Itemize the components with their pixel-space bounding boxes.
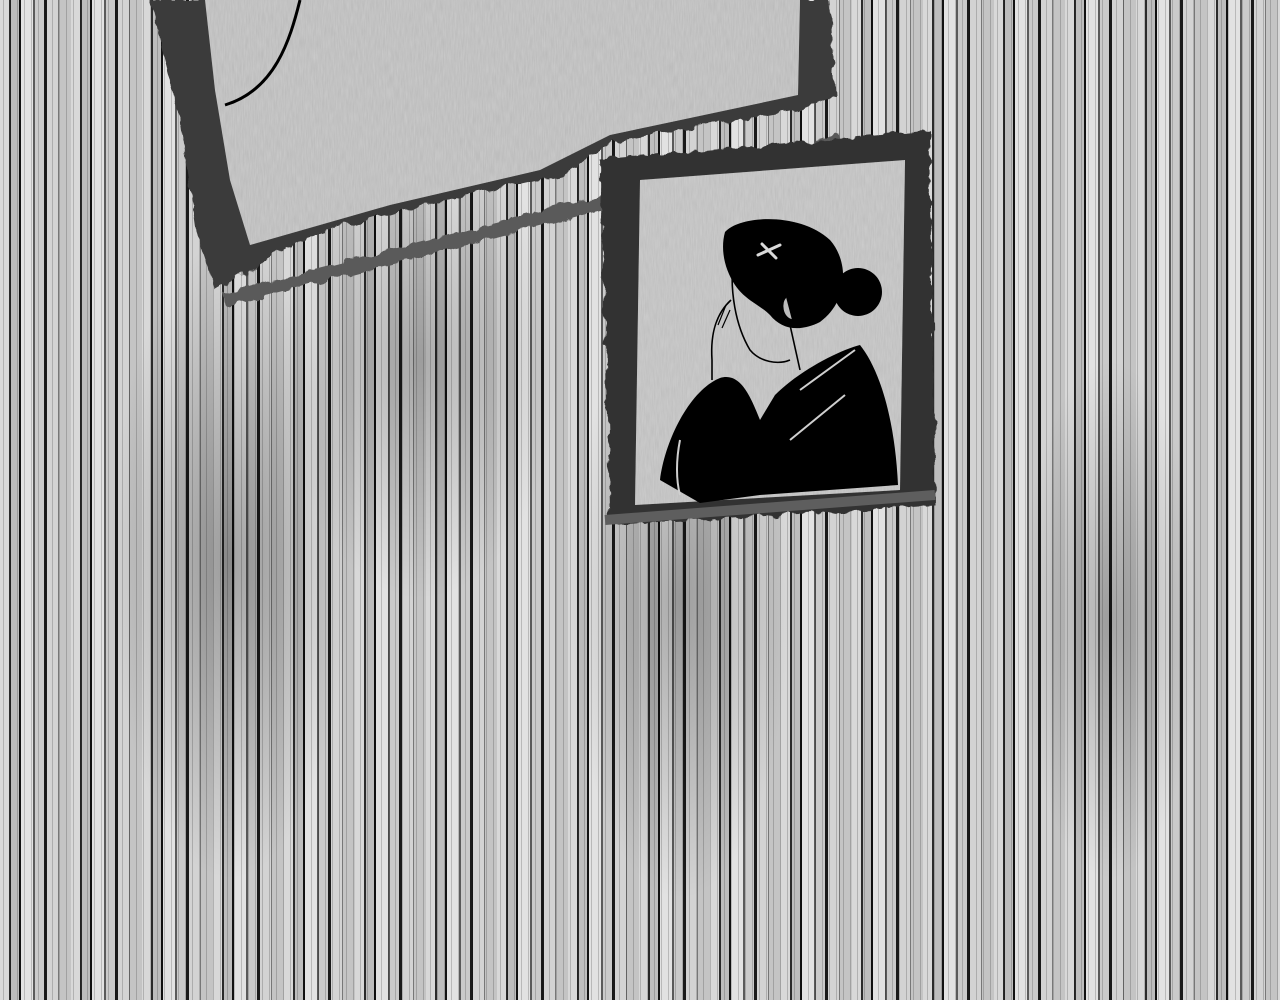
comic-scene xyxy=(0,0,1280,1000)
portrait-frame-panel xyxy=(600,130,935,525)
illustration-overlay xyxy=(0,0,1280,1000)
